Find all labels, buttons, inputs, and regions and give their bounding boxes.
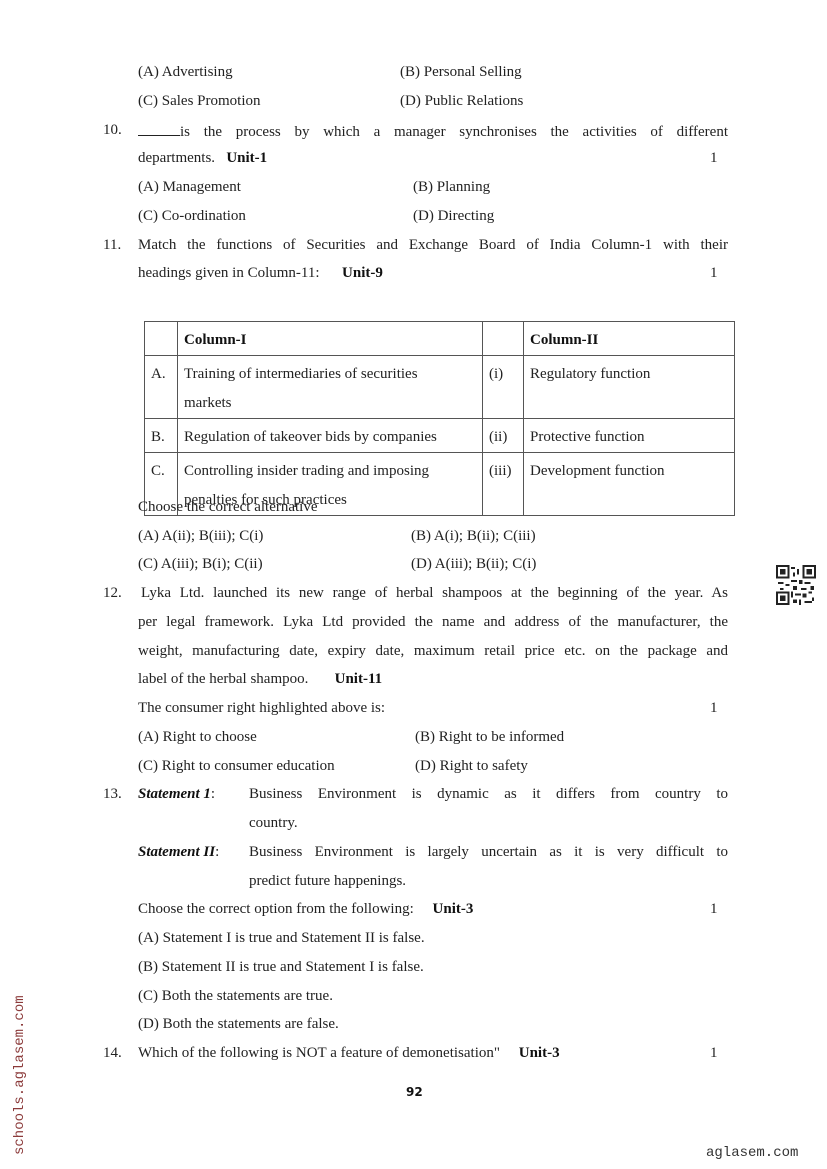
q12-line1: Lyka Ltd. launched its new range of herb…	[141, 586, 728, 601]
bottom-watermark: aglasem.com	[706, 1145, 798, 1161]
table-row: A. Training of intermediaries of securit…	[145, 356, 735, 419]
q12-line2: per legal framework. Lyka Ltd provided t…	[138, 615, 728, 630]
row-column-2: Protective function	[524, 419, 735, 453]
q9-option-c: (C) Sales Promotion	[138, 94, 261, 109]
q14-text-line: Which of the following is NOT a feature …	[138, 1046, 560, 1061]
q14-text: Which of the following is NOT a feature …	[138, 1045, 500, 1061]
header-cell-blank	[145, 322, 178, 356]
q10-text-line1: is the process by which a manager synchr…	[180, 124, 728, 140]
q13-statement2-label: Statement II:	[138, 845, 219, 860]
q10-text: is the process by which a manager synchr…	[138, 123, 728, 140]
side-watermark: schools.aglasem.com	[12, 995, 28, 1155]
q12-option-a: (A) Right to choose	[138, 730, 257, 745]
q13-statement2-line2: predict future happenings.	[249, 874, 406, 889]
q12-line3: weight, manufacturing date, expiry date,…	[138, 644, 728, 659]
header-cell-blank-2	[483, 322, 524, 356]
q11-text-line2: headings given in Column-11: Unit-9	[138, 266, 383, 281]
q13-marks: 1	[710, 902, 718, 917]
q13-statement1-label: Statement 1:	[138, 787, 215, 802]
q11-number: 11.	[103, 238, 121, 253]
table-row: B. Regulation of takeover bids by compan…	[145, 419, 735, 453]
q14-unit: Unit-3	[519, 1045, 560, 1061]
q12-prompt: The consumer right highlighted above is:	[138, 701, 385, 716]
q12-option-b: (B) Right to be informed	[415, 730, 564, 745]
row-column-1: Training of intermediaries of securities…	[178, 356, 483, 419]
row-label: B.	[145, 419, 178, 453]
q13-number: 13.	[103, 787, 122, 802]
q10-blank	[138, 123, 180, 136]
row-column-2: Regulatory function	[524, 356, 735, 419]
row-column-1: Regulation of takeover bids by companies	[178, 419, 483, 453]
row-number: (i)	[483, 356, 524, 419]
statement2-label-text: Statement II	[138, 844, 215, 860]
q13-statement1-line1: Business Environment is dynamic as it di…	[249, 787, 728, 802]
q12-line4: label of the herbal shampoo. Unit-11	[138, 672, 382, 687]
q11-option-d: (D) A(iii); B(ii); C(i)	[411, 557, 536, 572]
q11-marks: 1	[710, 266, 718, 281]
header-column-1: Column-I	[178, 322, 483, 356]
q9-option-d: (D) Public Relations	[400, 94, 523, 109]
q14-marks: 1	[710, 1046, 718, 1061]
match-table: Column-I Column-II A. Training of interm…	[144, 321, 735, 516]
q12-marks: 1	[710, 701, 718, 716]
q10-option-c: (C) Co-ordination	[138, 209, 246, 224]
q11-option-a: (A) A(ii); B(iii); C(i)	[138, 529, 263, 544]
q13-option-c: (C) Both the statements are true.	[138, 989, 333, 1004]
q10-departments: departments.	[138, 150, 215, 166]
q10-option-b: (B) Planning	[413, 180, 490, 195]
q11-text-line1: Match the functions of Securities and Ex…	[138, 238, 728, 253]
q10-text-line2: departments. Unit-1	[138, 151, 267, 166]
header-column-2: Column-II	[524, 322, 735, 356]
statement1-label-text: Statement 1	[138, 786, 211, 802]
q13-option-a: (A) Statement I is true and Statement II…	[138, 931, 425, 946]
qr-code-icon	[776, 565, 816, 605]
q13-prompt: Choose the correct option from the follo…	[138, 901, 414, 917]
q12-line4-text: label of the herbal shampoo.	[138, 671, 308, 687]
page-number: 92	[406, 1085, 423, 1099]
q13-prompt-line: Choose the correct option from the follo…	[138, 902, 473, 917]
q13-option-d: (D) Both the statements are false.	[138, 1017, 339, 1032]
q12-unit: Unit-11	[335, 671, 383, 687]
q12-option-d: (D) Right to safety	[415, 759, 528, 774]
row-column-2: Development function	[524, 453, 735, 516]
q12-option-c: (C) Right to consumer education	[138, 759, 335, 774]
q10-marks: 1	[710, 151, 718, 166]
q11-option-c: (C) A(iii); B(i); C(ii)	[138, 557, 263, 572]
q12-number: 12.	[103, 586, 122, 601]
q10-option-a: (A) Management	[138, 180, 241, 195]
q11-unit: Unit-9	[342, 265, 383, 281]
row-number: (iii)	[483, 453, 524, 516]
q9-option-b: (B) Personal Selling	[400, 65, 522, 80]
q11-option-b: (B) A(i); B(ii); C(iii)	[411, 529, 536, 544]
q14-number: 14.	[103, 1046, 122, 1061]
row-label: A.	[145, 356, 178, 419]
table-header-row: Column-I Column-II	[145, 322, 735, 356]
q11-column-ref: headings given in Column-11:	[138, 265, 320, 281]
q10-unit: Unit-1	[226, 150, 267, 166]
q11-prompt: Choose the correct alternative	[138, 500, 318, 515]
q10-option-d: (D) Directing	[413, 209, 494, 224]
q13-option-b: (B) Statement II is true and Statement I…	[138, 960, 424, 975]
q9-option-a: (A) Advertising	[138, 65, 233, 80]
q13-statement1-line2: country.	[249, 816, 298, 831]
row-number: (ii)	[483, 419, 524, 453]
q13-statement2-line1: Business Environment is largely uncertai…	[249, 845, 728, 860]
q10-number: 10.	[103, 123, 122, 138]
q13-unit: Unit-3	[433, 901, 474, 917]
